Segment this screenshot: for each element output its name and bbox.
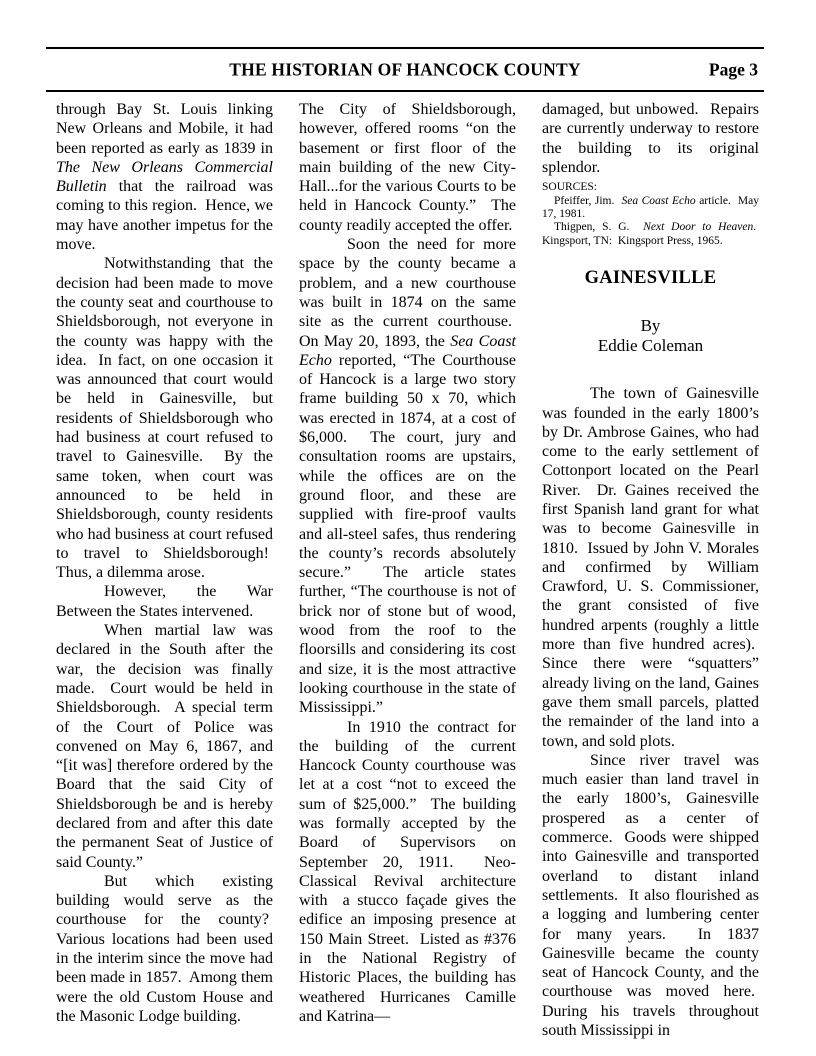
source-entry: Thigpen, S. G. Next Door to Heaven. King… xyxy=(542,221,759,248)
text-run: The town of Gainesville was founded in t… xyxy=(542,385,759,749)
article-columns: through Bay St. Louis linking New Orlean… xyxy=(56,100,760,1040)
text-run: However, the War Between the States inte… xyxy=(56,583,273,619)
paragraph: damaged, but unbowed. Repairs are curren… xyxy=(542,100,759,177)
paragraph: Notwithstanding that the decision had be… xyxy=(56,254,273,582)
byline: ByEddie Coleman xyxy=(542,316,759,355)
paragraph: The town of Gainesville was founded in t… xyxy=(542,384,759,751)
text-run: reported, “The Courthouse of Hancock is … xyxy=(299,352,516,716)
text-run: damaged, but unbowed. Repairs are curren… xyxy=(542,101,759,176)
paragraph: through Bay St. Louis linking New Orlean… xyxy=(56,100,273,254)
italic-text: Sea Coast Echo xyxy=(621,195,695,207)
italic-text: Next Door to Heaven xyxy=(643,221,753,233)
page-number: Page 3 xyxy=(709,59,758,80)
paragraph: When martial law was declared in the Sou… xyxy=(56,621,273,872)
text-run: Since river travel was much easier than … xyxy=(542,752,759,1039)
paragraph: Soon the need for more space by the coun… xyxy=(299,235,516,717)
text-run: But which existing building would serve … xyxy=(56,873,273,1025)
paragraph: In 1910 the contract for the building of… xyxy=(299,718,516,1027)
byline-line: By xyxy=(542,316,759,336)
article-heading: GAINESVILLE xyxy=(542,268,759,289)
text-run: Pfeiffer, Jim. xyxy=(554,195,621,207)
paragraph: The City of Shieldsborough, however, off… xyxy=(299,100,516,235)
text-run: The City of Shieldsborough, however, off… xyxy=(299,101,516,234)
paragraph: However, the War Between the States inte… xyxy=(56,582,273,621)
text-run: When martial law was declared in the Sou… xyxy=(56,622,273,871)
column-2: The City of Shieldsborough, however, off… xyxy=(299,100,516,1040)
page-header: THE HISTORIAN OF HANCOCK COUNTY Page 3 xyxy=(46,47,764,92)
column-3: damaged, but unbowed. Repairs are curren… xyxy=(542,100,759,1040)
source-entry: Pfeiffer, Jim. Sea Coast Echo article. M… xyxy=(542,195,759,222)
newsletter-title: THE HISTORIAN OF HANCOCK COUNTY xyxy=(46,59,764,80)
newsletter-page: THE HISTORIAN OF HANCOCK COUNTY Page 3 t… xyxy=(0,0,816,1056)
paragraph: Since river travel was much easier than … xyxy=(542,751,759,1040)
text-run: Notwithstanding that the decision had be… xyxy=(56,255,273,581)
text-run: In 1910 the contract for the building of… xyxy=(299,719,516,1025)
text-run: Thigpen, S. G. xyxy=(554,221,643,233)
paragraph: But which existing building would serve … xyxy=(56,872,273,1026)
text-run: through Bay St. Louis linking New Orlean… xyxy=(56,101,273,157)
byline-line: Eddie Coleman xyxy=(542,336,759,356)
column-1: through Bay St. Louis linking New Orlean… xyxy=(56,100,273,1040)
sources-label: SOURCES: xyxy=(542,181,759,194)
